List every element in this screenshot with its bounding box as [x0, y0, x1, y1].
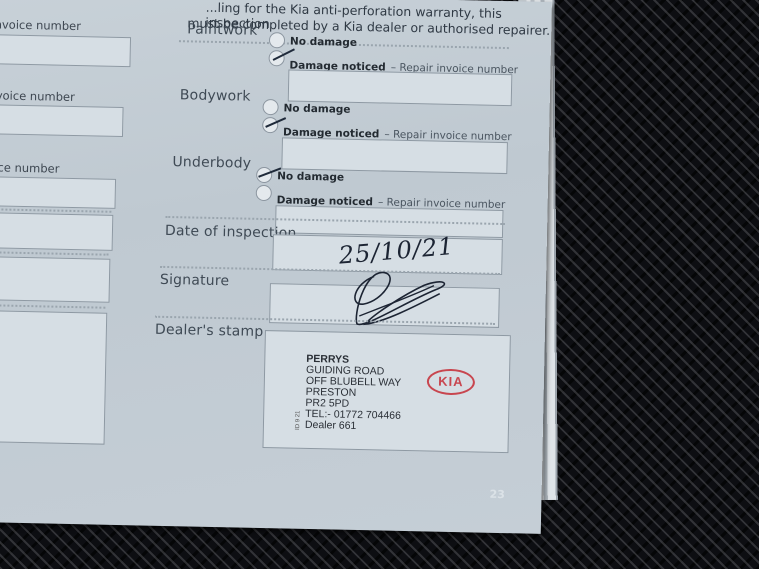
stamp-line: Dealer 661	[305, 420, 357, 432]
divider	[0, 304, 105, 309]
left-invoice-field-3[interactable]	[0, 176, 116, 209]
left-field-6[interactable]	[0, 310, 107, 445]
paintwork-repair-invoice-field[interactable]	[288, 69, 513, 106]
left-field-5[interactable]	[0, 256, 110, 303]
page-number: 23	[489, 488, 505, 501]
left-invoice-field-2[interactable]	[0, 104, 124, 137]
stamp-side-mark: ID 9 21	[293, 410, 304, 430]
divider	[0, 251, 109, 256]
left-invoice-field-1[interactable]	[0, 34, 131, 67]
bodywork-no-damage-radio[interactable]	[262, 99, 278, 115]
bodywork-repair-invoice-field[interactable]	[281, 137, 508, 174]
left-field-4[interactable]	[0, 212, 113, 251]
bodywork-label: Bodywork	[180, 87, 251, 104]
left-invoice-label-3: ice number	[0, 160, 60, 175]
paintwork-no-damage-label: No damage	[290, 36, 357, 49]
underbody-label: Underbody	[172, 154, 251, 172]
kia-logo-icon: KIA	[427, 368, 476, 395]
paintwork-label: Paintwork	[187, 21, 258, 38]
bodywork-no-damage-label: No damage	[283, 102, 350, 115]
dealers-stamp-field	[262, 330, 510, 453]
dealers-stamp-label: Dealer's stamp	[155, 322, 264, 340]
signature-label: Signature	[160, 272, 230, 289]
left-invoice-label-2: voice number	[0, 88, 75, 104]
underbody-damage-noticed-radio[interactable]	[256, 185, 272, 201]
service-booklet-page: ...ling for the Kia anti-perforation war…	[0, 0, 552, 534]
left-invoice-label-1: Invoice number	[0, 17, 81, 33]
underbody-no-damage-label: No damage	[277, 170, 344, 183]
paintwork-no-damage-radio[interactable]	[269, 32, 285, 48]
